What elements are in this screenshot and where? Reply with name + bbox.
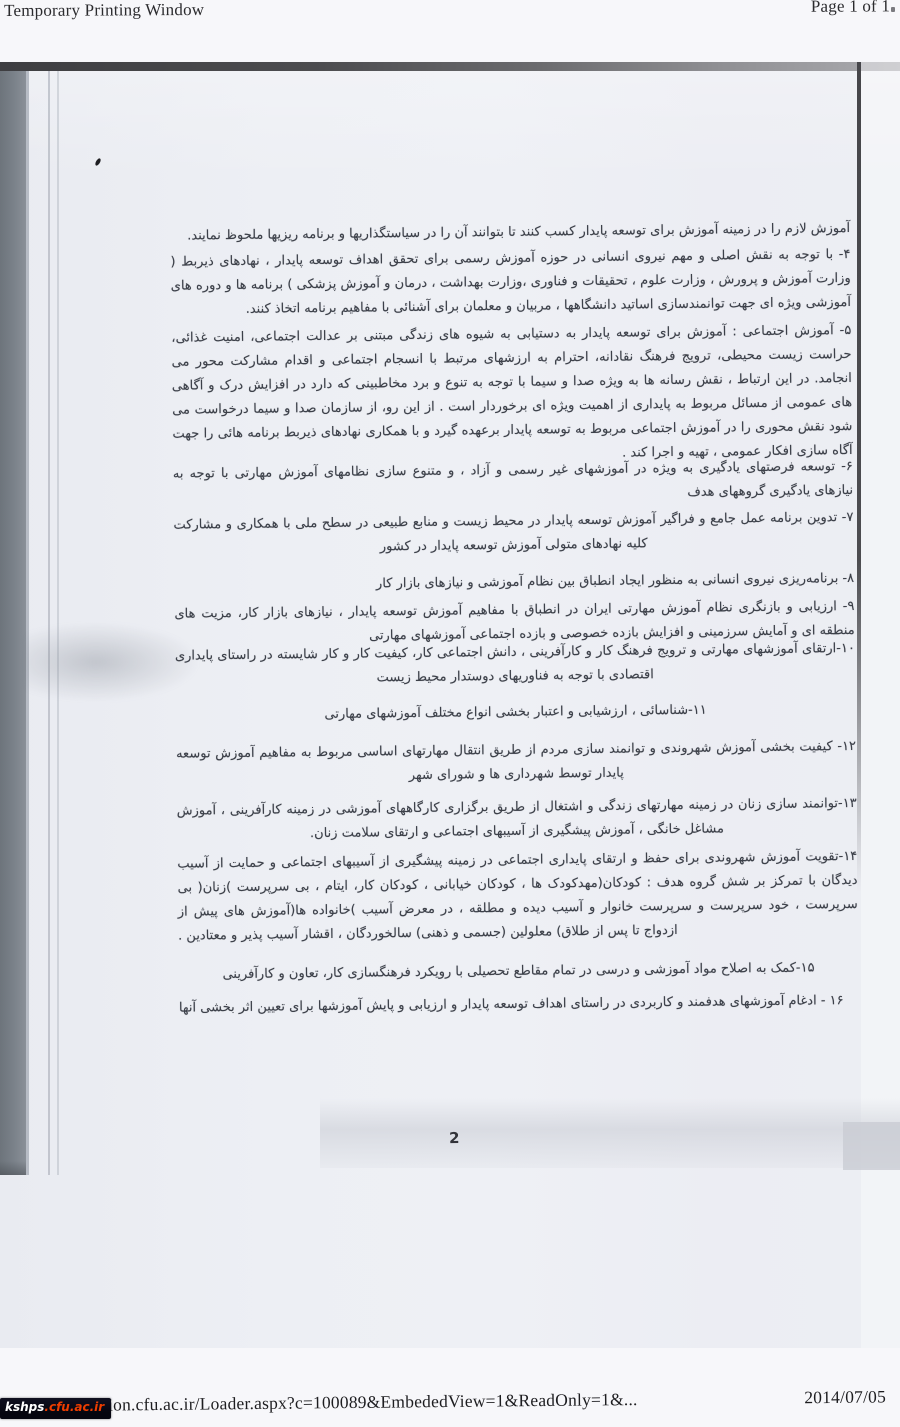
- document-paragraph: ۱۳-توانمند سازی زنان در زمینه مهارتهای ز…: [177, 792, 858, 848]
- document-paragraph: ۱۴-تقویت آموزش شهروندی برای حفظ و ارتقای…: [177, 845, 858, 949]
- document-paragraph: ۱۲- کیفیت بخشی آموزش شهروندی و توانمند س…: [176, 735, 857, 791]
- document-paragraph: ۸- برنامه‌ریزی نیروی انسانی به منظور ایج…: [174, 567, 854, 599]
- watermark-suffix: .cfu.ac.ir: [44, 1400, 104, 1414]
- scan-speck-top-right: [891, 7, 895, 12]
- scan-top-edge-artifact: [0, 62, 900, 71]
- document-paragraph: ۷- تدوین برنامه عمل جامع و فراگیر آموزش …: [173, 506, 854, 562]
- scan-bottom-corner-artifact: [843, 1122, 900, 1170]
- site-watermark: kshps.cfu.ac.ir: [0, 1398, 111, 1419]
- document-paragraph: ۴- با توجه به نقش اصلی و مهم نیروی انسان…: [170, 243, 851, 323]
- page-indicator: Page 1 of 1: [811, 0, 890, 19]
- scan-bottom-shadow: [320, 1098, 900, 1168]
- document-paragraph: ۵- آموزش اجتماعی : آموزش برای توسعه پاید…: [171, 319, 853, 471]
- document-paragraph: ۱۵-کمک به اصلاح مواد آموزشی و درسی در تم…: [178, 956, 858, 988]
- document-paragraph: ۱۰-ارتقای آموزشهای مهارتی و ترویج فرهنگ …: [175, 637, 856, 693]
- document-text-block: آموزش لازم را در زمینه آموزش برای توسعه …: [170, 217, 859, 1021]
- print-window-footer: http://automation.cfu.ac.ir/Loader.aspx?…: [0, 1381, 900, 1416]
- page-number: 2: [449, 1129, 460, 1147]
- watermark-prefix: kshps: [5, 1400, 44, 1414]
- window-title: Temporary Printing Window: [4, 0, 204, 23]
- print-date: 2014/07/05: [804, 1386, 886, 1408]
- document-paragraph: ۱۱-شناسائی ، ارزشیابی و اعتبار بخشی انوا…: [175, 697, 855, 729]
- scan-left-margin-artifact: [0, 71, 26, 1175]
- print-window-header: Temporary Printing Window Page 1 of 1: [4, 0, 890, 23]
- document-paragraph: ۶- توسعه فرصتهای یادگیری به ویژه در آموز…: [173, 455, 854, 511]
- ink-speck: [95, 158, 102, 167]
